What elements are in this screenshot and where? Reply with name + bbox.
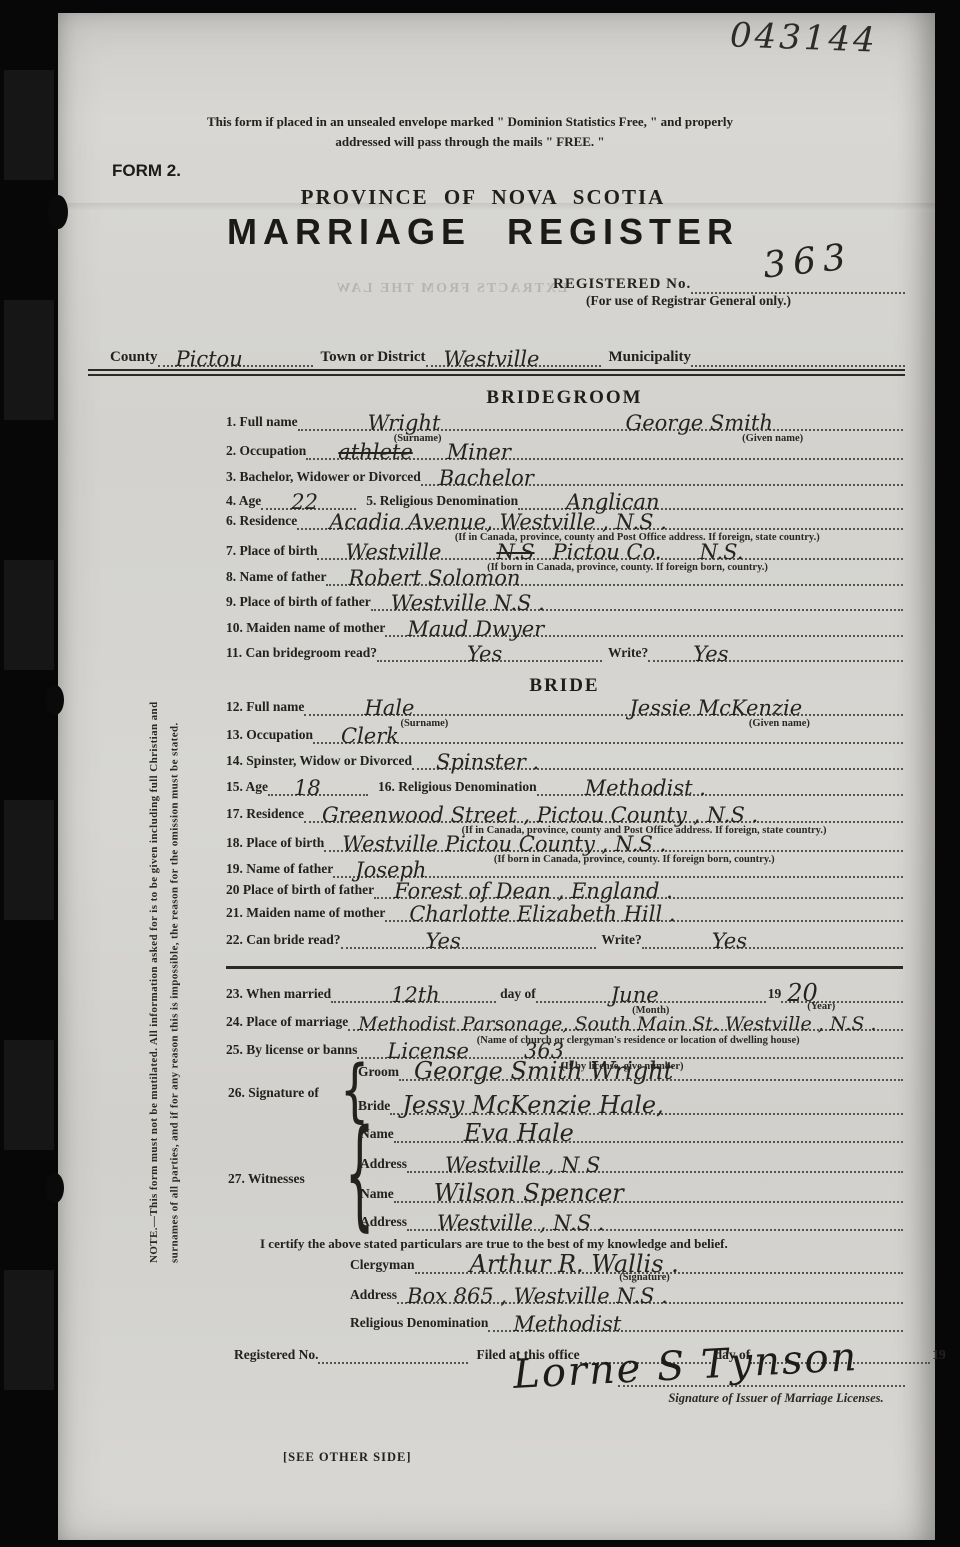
groom-status-label: 3. Bachelor, Widower or Divorced: [226, 469, 421, 486]
bridegroom-heading: BRIDEGROOM: [226, 387, 903, 409]
witness2-address-value: Westville , N.S .: [437, 1211, 604, 1235]
town-label: Town or District: [321, 349, 426, 367]
county-value: Pictou: [176, 347, 243, 371]
bleedthrough-text: EXTRACTS FROM THE LAW: [326, 281, 576, 297]
groom-occupation-row: 2. Occupation athlete Miner: [226, 436, 903, 460]
bride-read-value: Yes: [426, 929, 461, 953]
groom-residence-label: 6. Residence: [226, 513, 297, 530]
groom-signature-value: George Smith Wright: [414, 1057, 673, 1085]
witness2-name-row: Name Wilson Spencer: [360, 1179, 903, 1203]
serial-number-handwritten: 043144: [729, 15, 878, 60]
bride-occupation-line: Clerk: [313, 724, 903, 744]
bride-mother-label: 21. Maiden name of mother: [226, 905, 385, 922]
bride-residence-label: 17. Residence: [226, 806, 304, 823]
issuer-signature-line: [618, 1385, 905, 1387]
groom-birthplace-b: Pictou Co.: [553, 540, 662, 564]
groom-father-birth-row: 9. Place of birth of father Westville N.…: [226, 587, 903, 611]
day-line: 12th: [331, 983, 496, 1003]
county-row: County Pictou Town or District Westville…: [110, 343, 905, 367]
bride-age-line: 18: [268, 776, 368, 796]
bride-occupation-row: 13. Occupation Clerk: [226, 720, 903, 744]
mail-note-line2: addressed will pass through the mails " …: [158, 134, 782, 151]
bride-mother-row: 21. Maiden name of mother Charlotte Eliz…: [226, 898, 903, 922]
witness1-address-row: Address Westville , N S: [360, 1149, 903, 1173]
document-paper: 043144 This form if placed in an unseale…: [58, 13, 935, 1540]
bride-status-row: 14. Spinster, Widow or Divorced Spinster…: [226, 746, 903, 770]
groom-birthplace-struck: N.S: [496, 540, 534, 564]
denomination-label: Religious Denomination: [350, 1315, 488, 1332]
section-rule: [226, 966, 903, 969]
film-edge-patch: [4, 1270, 54, 1390]
witness1-name-row: Name Eva Hale: [360, 1119, 903, 1143]
groom-status-row: 3. Bachelor, Widower or Divorced Bachelo…: [226, 462, 903, 486]
registrar-note: (For use of Registrar General only.): [586, 293, 791, 310]
groom-occupation-label: 2. Occupation: [226, 443, 306, 460]
film-edge-patch: [4, 300, 54, 420]
witnesses-label: 27. Witnesses: [228, 1171, 305, 1188]
clergyman-address-row: Address Box 865 , Westville N.S .: [350, 1280, 903, 1304]
bride-religion-label: 16. Religious Denomination: [378, 779, 537, 796]
bride-age-value: 18: [294, 776, 321, 800]
day-value: 12th: [391, 983, 440, 1007]
bride-status-value: Spinster .: [436, 750, 539, 774]
bride-read-line: Yes: [341, 929, 596, 949]
witness2-name-value: Wilson Spencer: [434, 1179, 624, 1207]
license-row: 25. By license or banns License 363 (If …: [226, 1035, 903, 1059]
groom-read-line: Yes: [377, 642, 602, 662]
bride-religion-value: Methodist .: [585, 776, 706, 800]
registered-no-label: REGISTERED No.: [553, 276, 691, 294]
bride-residence-row: 17. Residence Greenwood Street , Pictou …: [226, 799, 903, 823]
groom-father-label: 8. Name of father: [226, 569, 326, 586]
film-edge-patch: [4, 70, 54, 180]
groom-father-birth-label: 9. Place of birth of father: [226, 594, 371, 611]
groom-residence-line: Acadia Avenue, Westville , N.S . (If in …: [297, 510, 903, 530]
groom-mother-line: Maud Dwyer: [385, 617, 903, 637]
month-line: June (Month): [536, 983, 766, 1003]
groom-write-value: Yes: [693, 642, 728, 666]
clergyman-address-value: Box 865 , Westville N.S .: [407, 1284, 668, 1308]
scanned-page: 043144 This form if placed in an unseale…: [0, 0, 960, 1547]
place-of-marriage-line: Methodist Parsonage, South Main St. West…: [348, 1013, 903, 1031]
groom-status-line: Bachelor: [421, 466, 903, 486]
place-of-marriage-label: 24. Place of marriage: [226, 1014, 348, 1031]
when-married-label: 23. When married: [226, 986, 331, 1003]
bride-religion-line: Methodist .: [537, 776, 903, 796]
groom-write-line: Yes: [648, 642, 903, 662]
when-married-row: 23. When married 12th day of June (Month…: [226, 979, 903, 1003]
witness1-address-label: Address: [360, 1156, 407, 1173]
groom-birthplace-a: Westville: [345, 540, 441, 564]
groom-read-label: 11. Can bridegroom read?: [226, 645, 377, 662]
groom-fullname-line: Wright George Smith (Surname) (Given nam…: [298, 411, 903, 431]
bride-write-line: Yes: [642, 929, 903, 949]
bride-mother-line: Charlotte Elizabeth Hill .: [385, 902, 903, 922]
witness2-address-label: Address: [360, 1214, 407, 1231]
bride-surname-value: Hale: [364, 696, 414, 720]
clergyman-label: Clergyman: [350, 1257, 415, 1274]
bride-residence-line: Greenwood Street , Pictou County , N.S .…: [304, 803, 903, 823]
bride-signature-line: Jessy McKenzie Hale,: [390, 1091, 903, 1115]
margin-note-line2: surnames of all parties, and if for any …: [164, 563, 184, 1263]
groom-father-row: 8. Name of father Robert Solomon: [226, 562, 903, 586]
footer-year-prefix: 19: [932, 1347, 946, 1364]
bride-occupation-label: 13. Occupation: [226, 727, 313, 744]
bride-birthplace-line: Westville Pictou County , N.S . (If born…: [324, 832, 903, 852]
groom-residence-row: 6. Residence Acadia Avenue, Westville , …: [226, 506, 903, 530]
bride-birthplace-label: 18. Place of birth: [226, 835, 324, 852]
bride-fullname-row: 12. Full name Hale Jessie McKenzie (Surn…: [226, 692, 903, 716]
bride-given-value: Jessie McKenzie: [629, 696, 802, 720]
groom-signature-line: George Smith Wright: [399, 1057, 903, 1081]
groom-signature-row: Groom George Smith Wright: [358, 1057, 903, 1081]
edge-notch: [46, 685, 64, 715]
groom-father-line: Robert Solomon: [326, 566, 903, 586]
groom-mother-row: 10. Maiden name of mother Maud Dwyer: [226, 613, 903, 637]
bride-fullname-line: Hale Jessie McKenzie (Surname) (Given na…: [304, 696, 903, 716]
bride-signature-row: Bride Jessy McKenzie Hale,: [358, 1091, 903, 1115]
groom-signature-label: Groom: [358, 1064, 399, 1081]
denomination-row: Religious Denomination Methodist: [350, 1308, 903, 1332]
witness2-address-row: Address Westville , N.S .: [360, 1207, 903, 1231]
license-line: License 363 (If by license, give number): [357, 1039, 903, 1059]
page-title: MARRIAGE REGISTER: [88, 211, 878, 253]
bride-write-label: Write?: [602, 932, 642, 949]
groom-fullname-label: 1. Full name: [226, 414, 298, 431]
groom-birthplace-label: 7. Place of birth: [226, 543, 317, 560]
footer-registered-label: Registered No.: [234, 1347, 318, 1364]
clergyman-row: Clergyman Arthur R. Wallis . (Signature): [350, 1250, 903, 1274]
groom-father-birth-value: Westville N.S .: [391, 591, 545, 615]
witness2-name-label: Name: [360, 1186, 394, 1203]
bride-status-label: 14. Spinster, Widow or Divorced: [226, 753, 412, 770]
groom-surname-value: Wright: [368, 411, 441, 435]
groom-read-value: Yes: [467, 642, 502, 666]
margin-note: NOTE.—This form must not be mutilated. A…: [144, 563, 190, 1263]
bride-occupation-value: Clerk: [341, 724, 399, 748]
bride-status-line: Spinster .: [412, 750, 903, 770]
edge-notch: [48, 195, 68, 229]
witness2-address-line: Westville , N.S .: [407, 1211, 903, 1231]
witness1-name-line: Eva Hale: [394, 1119, 903, 1143]
bride-residence-value: Greenwood Street , Pictou County , N.S .: [322, 803, 758, 827]
double-rule: [88, 369, 905, 376]
groom-occupation-struck: athlete: [338, 440, 413, 464]
bride-age-label: 15. Age: [226, 779, 268, 796]
witness1-name-label: Name: [360, 1126, 394, 1143]
clergyman-line: Arthur R. Wallis . (Signature): [415, 1250, 904, 1274]
witness1-address-value: Westville , N S: [445, 1153, 600, 1177]
bride-birthplace-value: Westville Pictou County , N.S .: [342, 832, 666, 856]
film-edge-patch: [4, 1040, 54, 1150]
bride-mother-value: Charlotte Elizabeth Hill .: [409, 902, 675, 926]
groom-mother-label: 10. Maiden name of mother: [226, 620, 385, 637]
county-label: County: [110, 349, 158, 367]
bride-father-birth-row: 20 Place of birth of father Forest of De…: [226, 875, 903, 899]
groom-fullname-row: 1. Full name Wright George Smith (Surnam…: [226, 407, 903, 431]
groom-given-value: George Smith: [625, 411, 772, 435]
year-prefix: 19: [768, 986, 782, 1003]
groom-birthplace-c: N.S.: [699, 540, 743, 564]
groom-write-label: Write?: [608, 645, 648, 662]
edge-notch: [46, 1173, 64, 1203]
form-number: FORM 2.: [112, 161, 181, 181]
license-label: 25. By license or banns: [226, 1042, 357, 1059]
clergyman-address-label: Address: [350, 1287, 397, 1304]
bride-signature-value: Jessy McKenzie Hale,: [402, 1091, 664, 1119]
county-line: Pictou: [158, 347, 313, 367]
denomination-line: Methodist: [488, 1312, 903, 1332]
mail-note-line1: This form if placed in an unsealed envel…: [158, 114, 782, 131]
municipality-line: [691, 365, 905, 367]
place-of-marriage-row: 24. Place of marriage Methodist Parsonag…: [226, 1007, 903, 1031]
witness1-name-value: Eva Hale: [464, 1119, 574, 1147]
bride-read-label: 22. Can bride read?: [226, 932, 341, 949]
footer-registered-line: [318, 1362, 468, 1364]
margin-note-line1: NOTE.—This form must not be mutilated. A…: [144, 563, 164, 1263]
issuer-signature-caption: Signature of Issuer of Marriage Licenses…: [636, 1391, 916, 1406]
day-of-label: day of: [500, 986, 536, 1003]
year-line: 20 (Year): [781, 979, 903, 1003]
groom-literacy-row: 11. Can bridegroom read? Yes Write? Yes: [226, 638, 903, 662]
bride-write-value: Yes: [712, 929, 747, 953]
denomination-value: Methodist: [513, 1312, 621, 1336]
groom-occupation-value: Miner: [447, 440, 511, 464]
place-of-marriage-value: Methodist Parsonage, South Main St. West…: [358, 1013, 876, 1035]
clergyman-address-line: Box 865 , Westville N.S .: [397, 1284, 903, 1304]
bride-literacy-row: 22. Can bride read? Yes Write? Yes: [226, 925, 903, 949]
bride-fullname-label: 12. Full name: [226, 699, 304, 716]
witness2-name-line: Wilson Spencer: [394, 1179, 903, 1203]
bride-father-birth-line: Forest of Dean , England .: [374, 879, 903, 899]
film-edge-patch: [4, 800, 54, 920]
municipality-label: Municipality: [609, 349, 692, 367]
witness1-address-line: Westville , N S: [407, 1153, 903, 1173]
groom-birthplace-row: 7. Place of birth Westville N.S Pictou C…: [226, 536, 903, 560]
groom-birthplace-line: Westville N.S Pictou Co. N.S. (If born i…: [317, 540, 903, 560]
bride-birthplace-row: 18. Place of birth Westville Pictou Coun…: [226, 828, 903, 852]
bride-age-religion-row: 15. Age 18 16. Religious Denomination Me…: [226, 772, 903, 796]
town-line: Westville: [426, 347, 601, 367]
film-edge-patch: [4, 560, 54, 670]
groom-father-birth-line: Westville N.S .: [371, 591, 903, 611]
province-heading: PROVINCE OF NOVA SCOTIA: [88, 185, 878, 210]
see-other-side: [SEE OTHER SIDE]: [283, 1450, 412, 1466]
town-value: Westville: [444, 347, 540, 371]
signature-of-label: 26. Signature of: [228, 1085, 319, 1102]
groom-occupation-line: athlete Miner: [306, 440, 903, 460]
groom-residence-value: Acadia Avenue, Westville , N.S .: [329, 510, 667, 534]
month-value: June: [611, 983, 659, 1007]
bride-father-birth-label: 20 Place of birth of father: [226, 882, 374, 899]
